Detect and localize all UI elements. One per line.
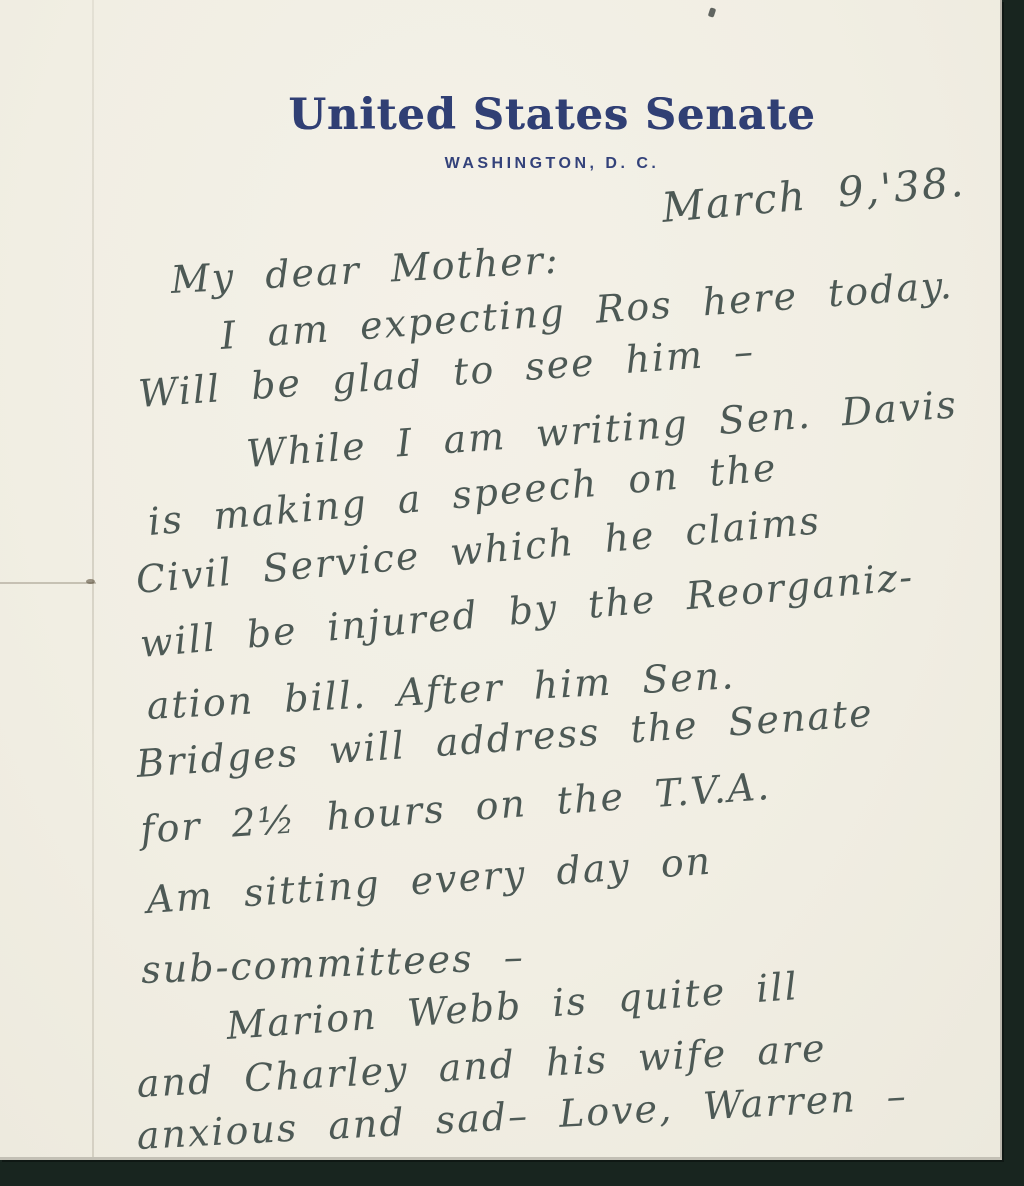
letterhead-title: United States Senate: [104, 90, 1000, 140]
letter-paper: United States Senate WASHINGTON, D. C. M…: [0, 0, 1002, 1160]
letter-line: sub-committees –: [140, 935, 525, 992]
letter-line: Am sitting every day on: [145, 839, 714, 922]
letter-salutation: My dear Mother:: [170, 238, 561, 302]
fold-crease-mark: [86, 579, 95, 584]
horizontal-fold-crease: [0, 582, 96, 584]
scanned-letter-view: United States Senate WASHINGTON, D. C. M…: [0, 0, 1024, 1186]
ink-speck: [708, 7, 716, 17]
